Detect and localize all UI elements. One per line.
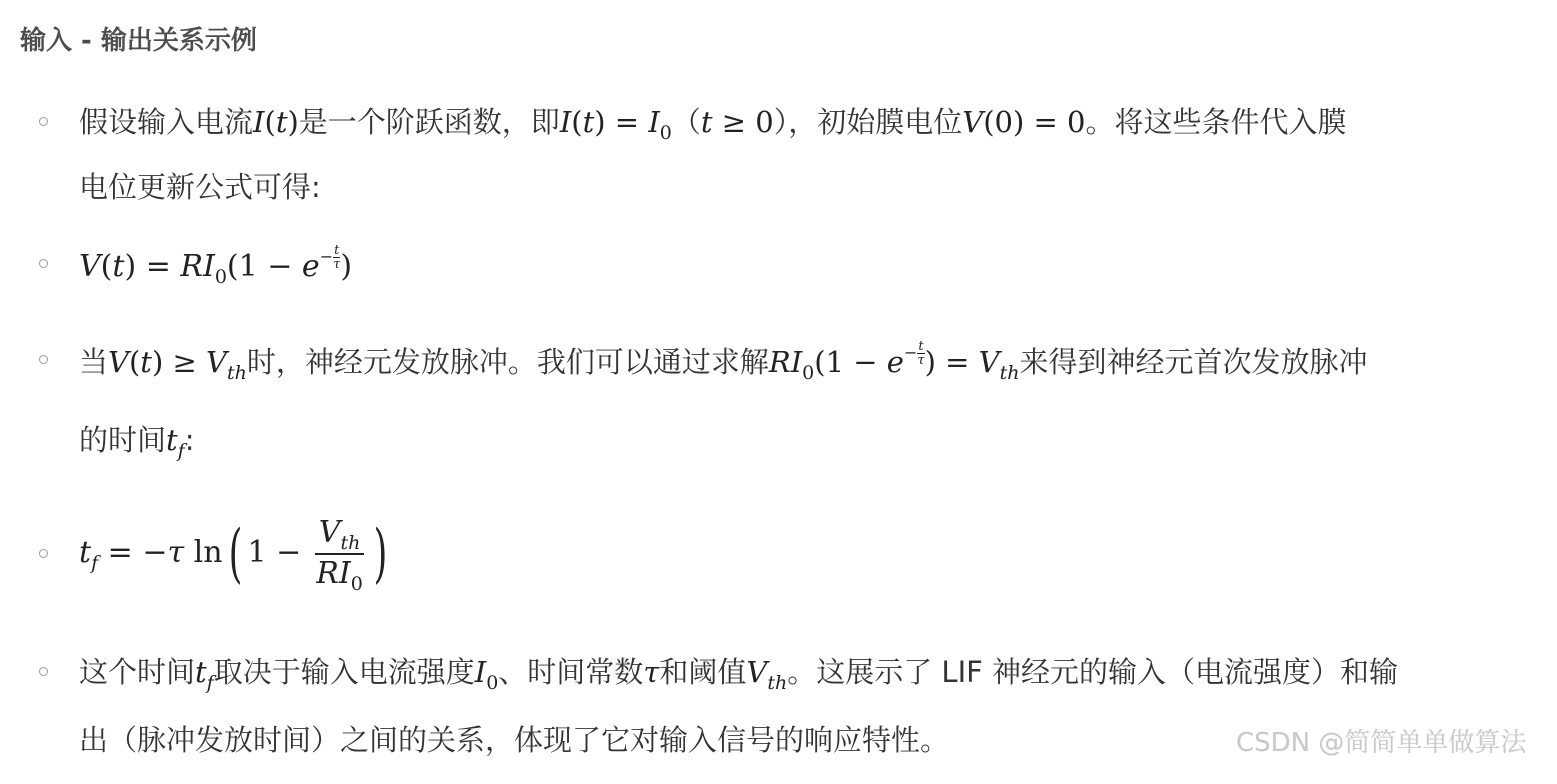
text: 取决于输入电流强度 — [214, 655, 475, 689]
math-var: t — [701, 105, 713, 139]
math-var: V — [962, 105, 983, 139]
math: 1 − — [248, 535, 311, 570]
math-var: t — [112, 249, 124, 284]
section-heading: 输入 - 输出关系示例 — [20, 20, 257, 57]
math: (1 − — [227, 249, 302, 284]
hollow-circle-bullet-icon — [39, 117, 48, 126]
math: ≥ 0 — [713, 105, 774, 139]
math-var: R — [316, 556, 339, 591]
math: ( — [571, 105, 582, 139]
math-var: I — [791, 345, 802, 379]
math-var: τ — [167, 535, 184, 570]
math-var: V — [746, 655, 767, 689]
math-var: I — [475, 655, 486, 689]
math: ( — [264, 105, 275, 139]
exponent-fraction: tτ — [917, 340, 924, 367]
math-var: t — [140, 345, 152, 379]
math-var: t — [276, 105, 288, 139]
math-subscript: th — [767, 672, 787, 694]
hollow-circle-bullet-icon — [39, 667, 48, 676]
text: 出（脉冲发放时间）之间的关系，体现了它对输入信号的响应特性。 — [79, 723, 949, 757]
math: ( — [101, 249, 113, 284]
math-var: τ — [643, 655, 659, 689]
math-var: V — [108, 345, 129, 379]
text: 是一个阶跃函数，即 — [299, 105, 560, 139]
math-var: V — [79, 249, 101, 284]
math: ) ≥ — [152, 345, 206, 379]
item-3-line-2: 的时间tf: — [79, 420, 195, 460]
math-var: R — [180, 249, 203, 284]
math-var: t — [195, 655, 207, 689]
math-var: I — [203, 249, 215, 284]
item-5-line-2: 出（脉冲发放时间）之间的关系，体现了它对输入信号的响应特性。 — [79, 720, 949, 760]
math-subscript: 0 — [351, 573, 363, 595]
math-subscript: 0 — [215, 266, 227, 288]
hollow-circle-bullet-icon — [39, 549, 48, 558]
math-subscript: 0 — [486, 672, 498, 694]
math-var: I — [648, 105, 659, 139]
text: 。这展示了 LIF 神经元的输入（电流强度）和输 — [787, 655, 1398, 689]
math-subscript: 0 — [802, 362, 814, 384]
exponent: −tτ — [904, 340, 925, 367]
math: ) — [287, 105, 298, 139]
text: 和阈值 — [659, 655, 746, 689]
denominator: τ — [917, 354, 924, 367]
exponent: −tτ — [320, 244, 341, 271]
math: (0) = 0 — [983, 105, 1085, 139]
math-var: t — [79, 535, 91, 570]
text: : — [185, 423, 195, 457]
math-var: e — [887, 345, 904, 379]
math-var: t — [166, 423, 178, 457]
math-var: R — [769, 345, 791, 379]
math-subscript: th — [340, 532, 360, 554]
math: (1 − — [814, 345, 887, 379]
right-paren: ) — [374, 522, 388, 586]
formula-membrane-potential: V(t) = RI0(1 − e−tτ) — [79, 244, 352, 287]
text: 假设输入电流 — [79, 105, 253, 139]
math-subscript: 0 — [660, 122, 672, 144]
numerator: t — [917, 340, 924, 354]
math-var: V — [979, 345, 1000, 379]
denominator: RI0 — [316, 555, 363, 592]
math-var: I — [560, 105, 571, 139]
math: ) = — [594, 105, 648, 139]
math: ) — [340, 249, 352, 284]
math-var: I — [339, 556, 351, 591]
left-paren: ( — [228, 522, 242, 586]
numerator: Vth — [315, 516, 365, 555]
math-subscript: f — [207, 672, 214, 694]
math-var: V — [206, 345, 227, 379]
math: − — [904, 343, 917, 362]
text: （ — [672, 105, 701, 139]
math-var: e — [302, 249, 320, 284]
math: = − — [98, 535, 167, 570]
item-5-line-1: 这个时间tf取决于输入电流强度I0、时间常数τ和阈值Vth。这展示了 LIF 神… — [79, 652, 1398, 692]
item-3-line-1: 当V(t) ≥ Vth时，神经元发放脉冲。我们可以通过求解RI0(1 − e−t… — [79, 340, 1367, 382]
math-subscript: th — [1000, 362, 1020, 384]
math: ) = — [925, 345, 979, 379]
item-1-line-2: 电位更新公式可得: — [79, 167, 321, 207]
formula-first-spike-time: tf = −τ ln(1 − VthRI0) — [79, 508, 393, 598]
item-1-line-1: 假设输入电流I(t)是一个阶跃函数，即I(t) = I0（t ≥ 0），初始膜电… — [79, 102, 1347, 142]
text: 的时间 — [79, 423, 166, 457]
text: 来得到神经元首次发放脉冲 — [1019, 345, 1367, 379]
math: ln — [184, 535, 222, 570]
text: 时，神经元发放脉冲。我们可以通过求解 — [247, 345, 769, 379]
hollow-circle-bullet-icon — [39, 355, 48, 364]
text: 。将这些条件代入膜 — [1085, 105, 1346, 139]
math-var: I — [253, 105, 264, 139]
fraction: VthRI0 — [315, 516, 365, 591]
text: 、时间常数 — [498, 655, 643, 689]
math-var: V — [319, 515, 341, 550]
math-var: t — [583, 105, 595, 139]
math: ( — [129, 345, 140, 379]
text: 电位更新公式可得: — [79, 170, 321, 204]
math-subscript: f — [178, 440, 185, 462]
math: ) = — [124, 249, 180, 284]
math: − — [320, 247, 333, 266]
text: ），初始膜电位 — [774, 105, 963, 139]
hollow-circle-bullet-icon — [39, 259, 48, 268]
math-subscript: th — [227, 362, 247, 384]
text: 这个时间 — [79, 655, 195, 689]
csdn-watermark: CSDN @简简单单做算法 — [1236, 722, 1526, 759]
text: 当 — [79, 345, 108, 379]
